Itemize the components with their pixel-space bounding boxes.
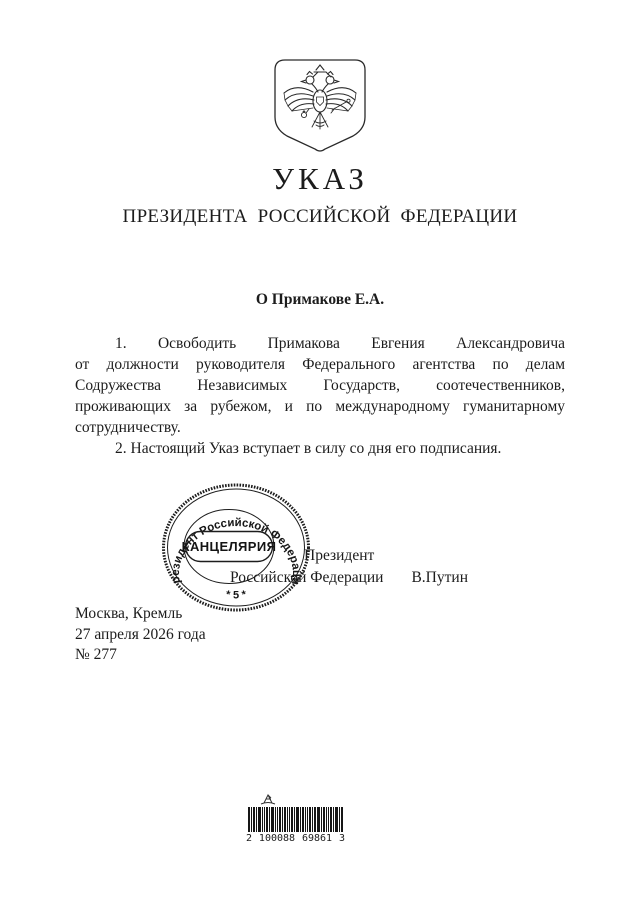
issue-details: Москва, Кремль 27 апреля 2026 года № 277	[75, 604, 206, 666]
body-line: Содружества Независимых Государств, соот…	[75, 375, 565, 396]
body-line: проживающих за рубежом, и по международн…	[75, 396, 565, 417]
decree-document: УКАЗ ПРЕЗИДЕНТА РОССИЙСКОЙ ФЕДЕРАЦИИ О П…	[0, 0, 640, 905]
svg-text:* 5 *: * 5 *	[225, 589, 247, 602]
barcode-digit-group: 69861	[302, 833, 332, 844]
decree-number: № 277	[75, 645, 206, 666]
stamp-bottom-text: * 5 *	[225, 589, 247, 602]
issue-place: Москва, Кремль	[75, 604, 206, 625]
registration-mark-icon	[255, 792, 281, 806]
signer-name: В.Путин	[411, 567, 468, 589]
issue-date: 27 апреля 2026 года	[75, 625, 206, 646]
russian-coat-of-arms-icon	[272, 57, 368, 155]
barcode-digit-group: 2	[246, 833, 252, 844]
stamp-center-text: КАНЦЕЛЯРИЯ	[182, 539, 277, 554]
document-issuer-title: ПРЕЗИДЕНТА РОССИЙСКОЙ ФЕДЕРАЦИИ	[0, 206, 640, 228]
body-line: сотрудничеству.	[75, 417, 565, 438]
barcode-digit-group: 100088	[259, 833, 295, 844]
body-line: 2. Настоящий Указ вступает в силу со дня…	[75, 438, 565, 459]
barcode-bars	[248, 807, 343, 832]
barcode-digits: 2 100088 69861 3	[246, 833, 345, 844]
body-line: от должности руководителя Федерального а…	[75, 354, 565, 375]
chancellery-stamp: Президент Российской Федерации * 5 * КАН…	[161, 483, 311, 612]
document-type-title: УКАЗ	[0, 161, 640, 197]
decree-body: 1. Освободить Примакова Евгения Александ…	[75, 333, 565, 459]
document-subject: О Примакове Е.А.	[0, 291, 640, 309]
body-line: 1. Освободить Примакова Евгения Александ…	[75, 333, 565, 354]
barcode-digit-group: 3	[339, 833, 345, 844]
